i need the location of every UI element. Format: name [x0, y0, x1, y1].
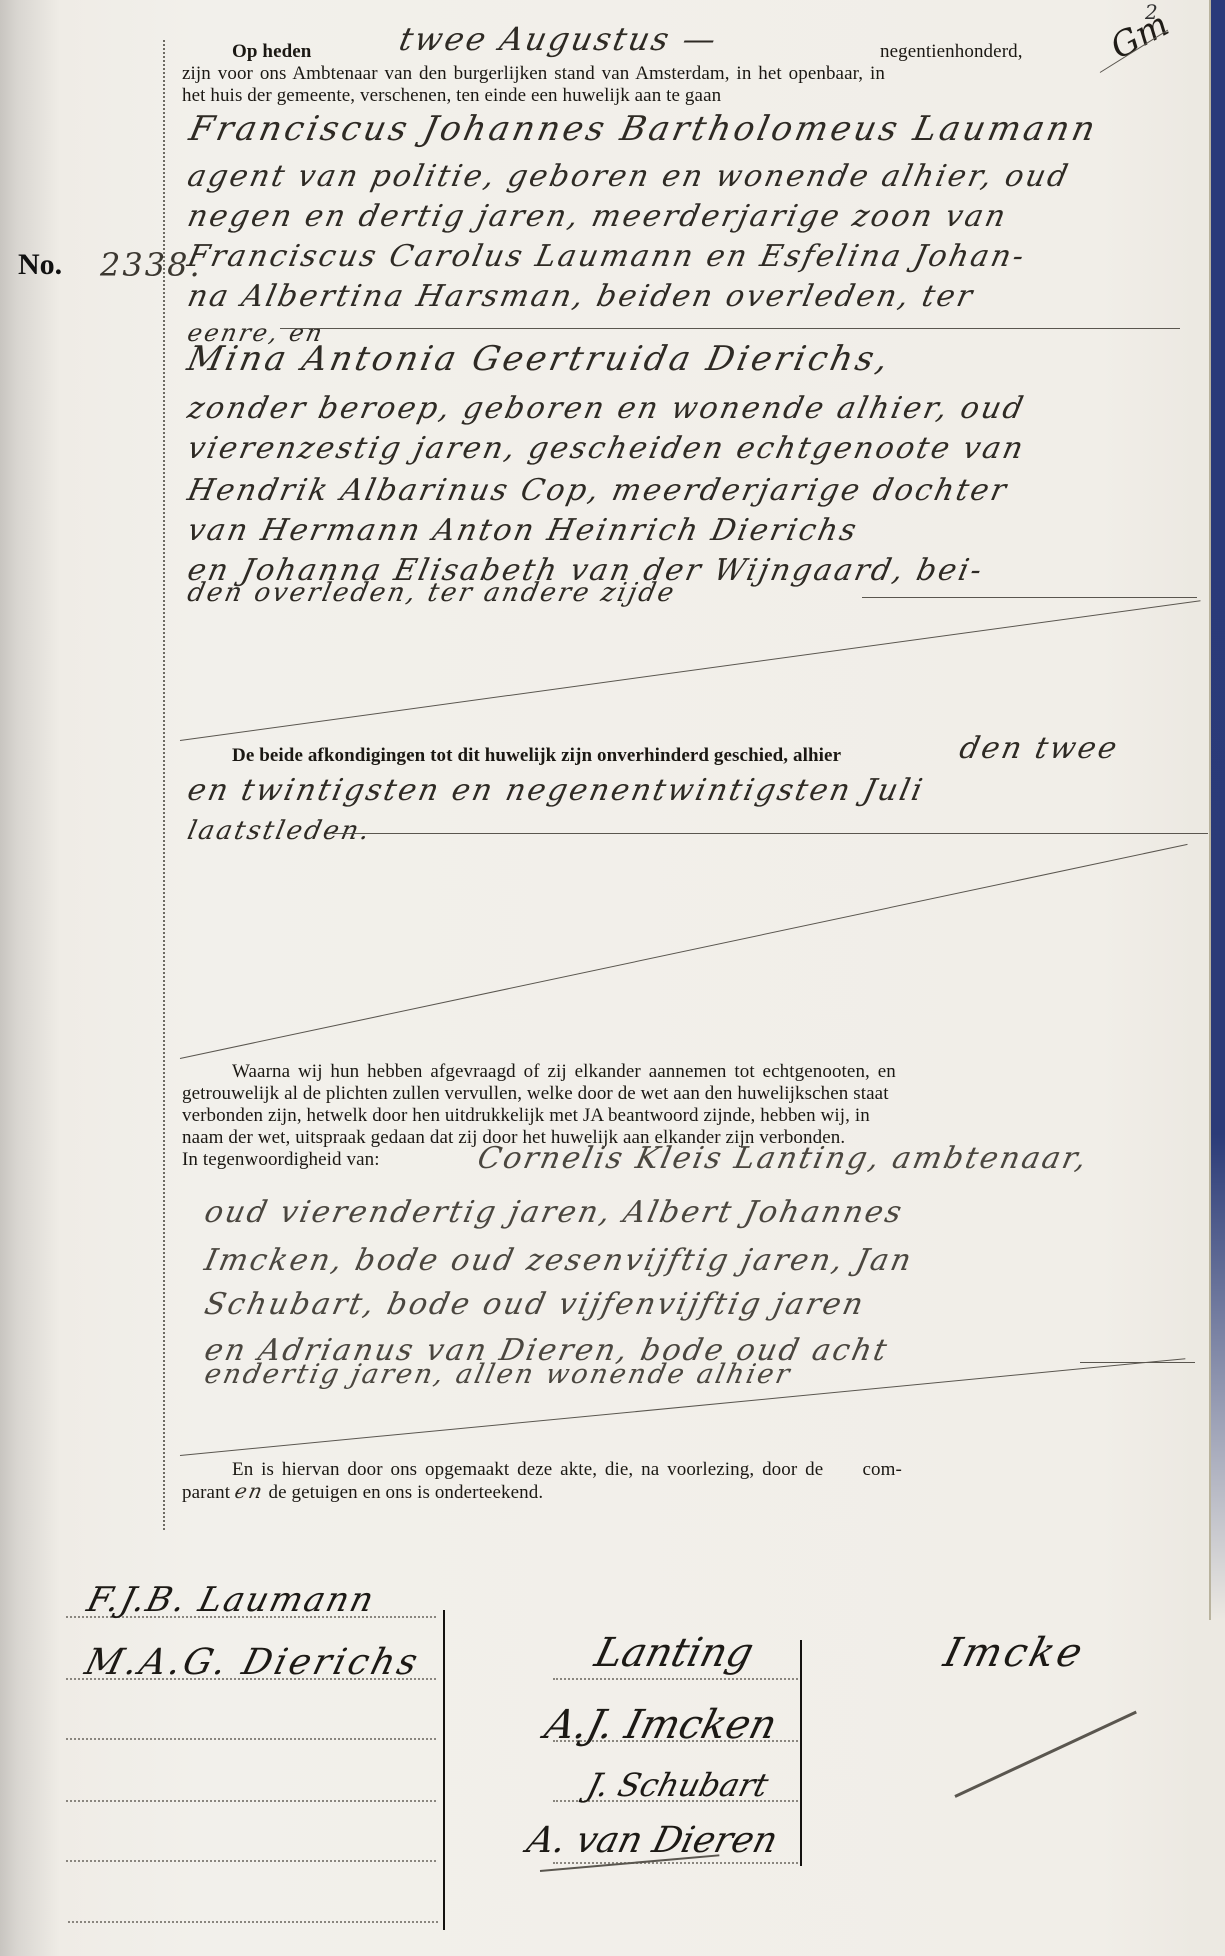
void-strike-line-1 — [180, 600, 1201, 741]
intro-printed-line-3: het huis der gemeente, verschenen, ten e… — [182, 84, 721, 107]
ceremony-printed-line: getrouwelijk al de plichten zullen vervu… — [182, 1082, 889, 1105]
bride-line: den overleden, ter andere zijde — [184, 572, 681, 614]
bride-line: van Hermann Anton Heinrich Dierichs — [184, 510, 863, 552]
groom-line: agent van politie, geboren en wonende al… — [184, 156, 1074, 198]
groom-end-rule — [280, 328, 1180, 329]
registrar-signature-flourish — [954, 1711, 1137, 1798]
signature-dotted-line — [68, 1921, 438, 1923]
record-number-label: No. — [18, 248, 62, 282]
witness-signature-dotted-line — [553, 1678, 798, 1680]
groom-line: negen en dertig jaren, meerderjarige zoo… — [184, 196, 1012, 238]
witness-signature-dotted-line — [553, 1862, 798, 1864]
proclamations-printed: De beide afkondigingen tot dit huwelijk … — [232, 744, 841, 767]
bride-end-rule — [862, 597, 1197, 598]
signature-dotted-line — [66, 1738, 436, 1740]
proclamations-end-rule — [332, 833, 1208, 834]
signature-brace-left — [443, 1610, 445, 1930]
intro-handwritten-date: twee Augustus — — [396, 18, 723, 60]
certificate-page: 2 Gm No. 2338. Op heden twee Augustus — … — [0, 0, 1225, 1956]
witness-line: Cornelis Kleis Lanting, ambtenaar, — [474, 1138, 1093, 1180]
signature-dotted-line — [66, 1860, 436, 1862]
ceremony-printed-line: verbonden zijn, hetwelk door hen uitdruk… — [182, 1104, 870, 1127]
witness-line: endertig jaren, allen wonende alhier — [201, 1354, 796, 1396]
proclamations-handwritten: laatstleden. — [184, 810, 376, 852]
book-edge-strip — [1209, 0, 1225, 1620]
intro-printed-negentienhonderd: negentienhonderd, — [880, 40, 1023, 63]
bride-line: Hendrik Albarinus Cop, meerderjarige doc… — [184, 470, 1013, 512]
signature-groom: F.J.B. Laumann — [83, 1580, 380, 1620]
proclamations-handwritten: en twintigsten en negenentwintigsten Jul… — [184, 770, 929, 812]
bride-line: Mina Antonia Geertruida Dierichs, — [184, 338, 895, 380]
groom-line: Franciscus Carolus Laumann en Esfelina J… — [184, 236, 1030, 278]
void-strike-line-2 — [180, 844, 1188, 1059]
witness-line: Imcken, bode oud zesenvijftig jaren, Jan — [201, 1240, 918, 1282]
signature-registrar: Imcke — [939, 1630, 1090, 1676]
bride-line: vierenzestig jaren, gescheiden echtgenoo… — [184, 428, 1030, 470]
signature-witness-3: J. Schubart — [583, 1766, 772, 1804]
witness-line: oud vierendertig jaren, Albert Johannes — [201, 1192, 908, 1234]
witnesses-label: In tegenwoordigheid van: — [182, 1148, 380, 1171]
signature-witness-1: Lanting — [590, 1630, 758, 1676]
groom-line: Franciscus Johannes Bartholomeus Laumann — [186, 108, 1102, 150]
intro-printed-op-heden: Op heden — [232, 40, 311, 63]
signature-bride: M.A.G. Dierichs — [81, 1642, 425, 1683]
signature-witness-2: A.J. Imcken — [540, 1702, 781, 1748]
closing-printed-line-2: parant en de getuigen en ons is ondertee… — [182, 1480, 543, 1504]
proclamations-handwritten: den twee — [956, 728, 1123, 770]
ceremony-printed-line: Waarna wij hun hebben afgevraagd of zij … — [232, 1060, 896, 1083]
signature-witness-4: A. van Dieren — [523, 1820, 782, 1861]
signature-brace-right — [800, 1640, 802, 1866]
witness-line: Schubart, bode oud vijfenvijftig jaren — [201, 1284, 870, 1326]
bride-line: zonder beroep, geboren en wonende alhier… — [184, 388, 1030, 430]
closing-printed-line-1: En is hiervan door ons opgemaakt deze ak… — [232, 1458, 902, 1481]
signature-dotted-line — [66, 1800, 436, 1802]
closing-handwritten-insert: en — [232, 1480, 266, 1503]
intro-printed-line-2: zijn voor ons Ambtenaar van den burgerli… — [182, 62, 885, 85]
corner-initials-mark: Gm — [1104, 4, 1175, 67]
